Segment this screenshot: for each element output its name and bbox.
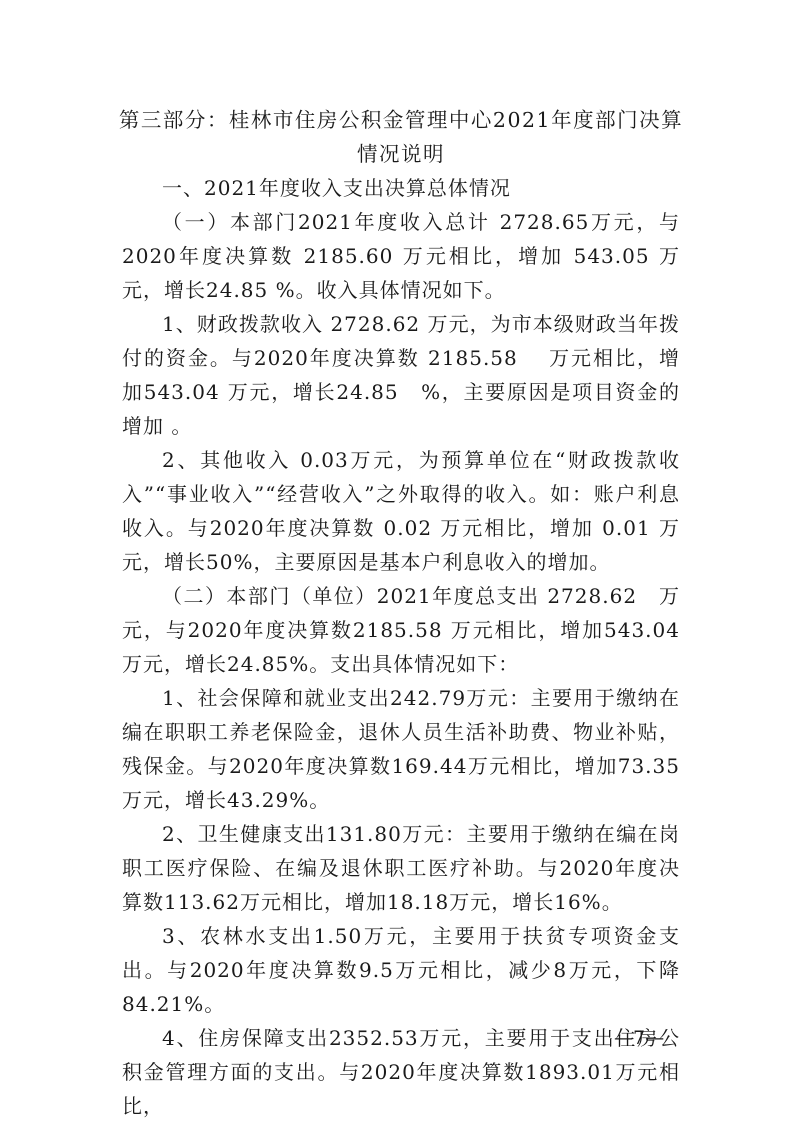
document-title: 第三部分：桂林市住房公积金管理中心2021年度部门决算 情况说明 xyxy=(122,103,680,171)
paragraph-income-fiscal-appropriation: 1、财政拨款收入 2728.62 万元，为市本级财政当年拨付的资金。与2020年… xyxy=(122,307,680,443)
title-line-1: 第三部分：桂林市住房公积金管理中心2021年度部门决算 xyxy=(114,103,688,137)
title-line-2: 情况说明 xyxy=(357,142,445,166)
paragraph-expense-social-security: 1、社会保障和就业支出242.79万元：主要用于缴纳在编在职职工养老保险金，退休… xyxy=(122,681,680,817)
paragraph-expense-housing: 4、住房保障支出2352.53万元，主要用于支出住房公积金管理方面的支出。与20… xyxy=(122,1021,680,1123)
paragraph-expense-health: 2、卫生健康支出131.80万元：主要用于缴纳在编在岗职工医疗保险、在编及退休职… xyxy=(122,817,680,919)
section-heading-income-expense-overview: 一、2021年度收入支出决算总体情况 xyxy=(122,171,680,205)
paragraph-expense-summary: （二）本部门（单位）2021年度总支出 2728.62 万元，与2020年度决算… xyxy=(122,579,680,681)
paragraph-income-other: 2、其他收入 0.03万元，为预算单位在“财政拨款收入”“事业收入”“经营收入”… xyxy=(122,443,680,579)
document-page: 第三部分：桂林市住房公积金管理中心2021年度部门决算 情况说明 一、2021年… xyxy=(122,103,680,1123)
paragraph-income-summary: （一）本部门2021年度收入总计 2728.65万元，与2020年度决算数 21… xyxy=(122,205,680,307)
page-number: —7— xyxy=(614,1026,664,1050)
paragraph-expense-agriculture: 3、农林水支出1.50万元，主要用于扶贫专项资金支出。与2020年度决算数9.5… xyxy=(122,919,680,1021)
